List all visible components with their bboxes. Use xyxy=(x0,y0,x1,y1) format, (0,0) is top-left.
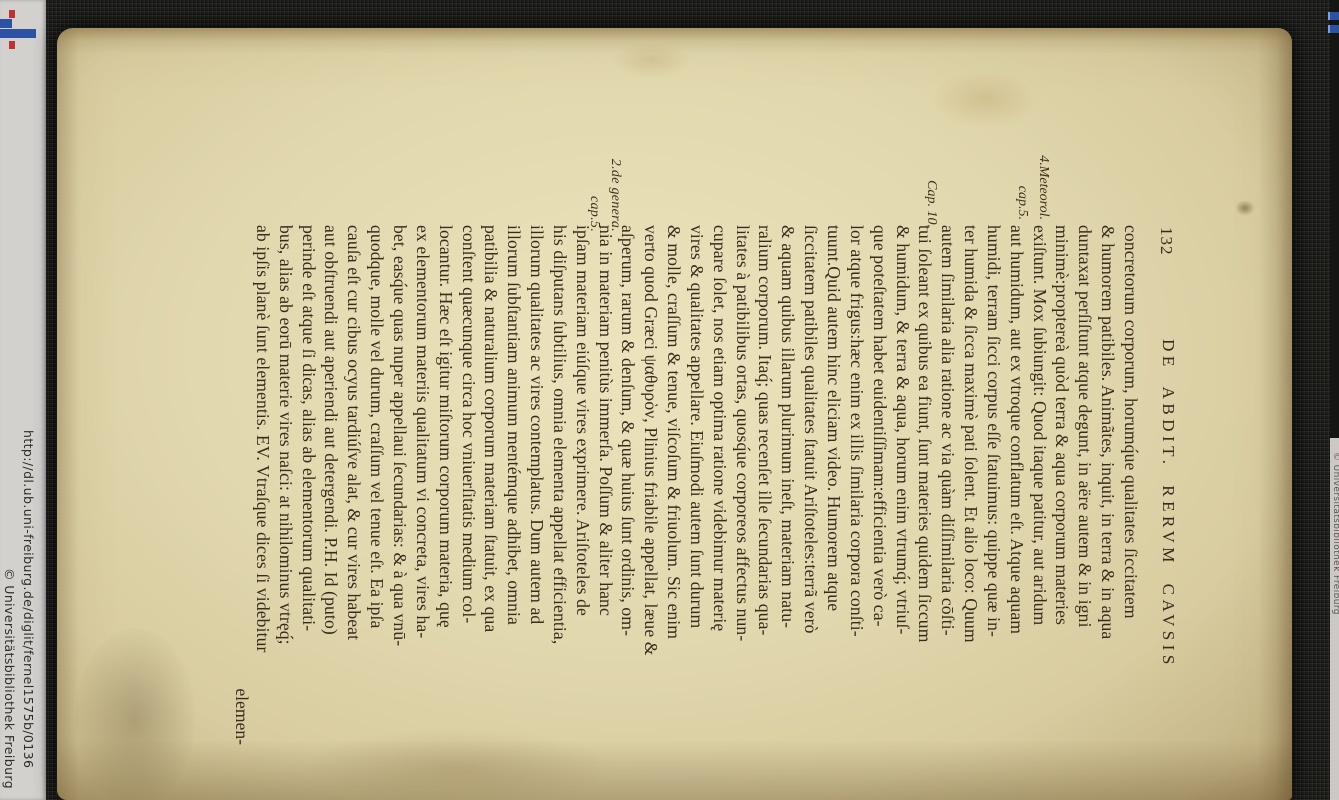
body-text-line: ter humida & ſicca maximè pati ſolent. E… xyxy=(959,225,982,783)
body-text-line: que poteſtatem habet euidentiſſimam:effi… xyxy=(868,225,891,783)
page-number: 132 xyxy=(1156,227,1176,256)
body-text-line: lor atque frigus:hæc enim ex illis ſimil… xyxy=(845,225,868,783)
body-text-line: aut humidum, aut ex vtroque conflatum eſ… xyxy=(1005,225,1028,783)
body-text-line: bus, alias ab eorū materie vires naſci: … xyxy=(274,225,297,783)
body-text-line: ralium corporum. Itaq́; quas recenſet il… xyxy=(754,225,777,783)
body-text-line: tui ſoleant ex quibus ea fiunt, ſunt mat… xyxy=(914,225,937,783)
body-text-line: quodque, molle vel durum, craſſum vel te… xyxy=(365,225,388,783)
margin-note-degenera: 2.de genera.cap.5. xyxy=(584,28,626,232)
registration-mark-red-icon xyxy=(9,10,15,18)
body-text-line: locantur. Hæc eſt igitur miſtorum corpor… xyxy=(434,225,457,783)
registration-mark-red-icon xyxy=(9,41,15,49)
body-text-line: ſiccitatem patibiles qualitates ſtatuit … xyxy=(799,225,822,783)
body-text-line: ab ipſis planè ſunt elementis. EV. Vtraſ… xyxy=(251,225,274,783)
clipped-copyright-label: © Universitätsbibliothek Freiburg xyxy=(1331,452,1339,615)
body-text-line: & humidum, & terra & aqua, horum enim vt… xyxy=(891,225,914,783)
body-text-line: exiſtunt. Mox ſubiungit: Quod itaque pat… xyxy=(1028,225,1051,783)
margin-note-line: cap.5. xyxy=(1012,28,1033,220)
body-text-line: concretorum corporum, horumq́ue qualitat… xyxy=(1119,225,1142,783)
catchword: elemen- xyxy=(231,225,252,745)
body-text-line: litates à patibilibus ortas, quosq́ue co… xyxy=(731,225,754,783)
body-text-line: bet, easq́ue quas nuper appellaui ſecund… xyxy=(388,225,411,783)
running-title: DE ABDIT. RERVM CAVSIS xyxy=(1158,225,1178,783)
registration-mark-blue-icon xyxy=(1328,25,1339,33)
copyright-label: © Universitätsbibliothek Freiburg xyxy=(2,568,17,789)
body-text-line: verto quod Græci ψαθυρὸν, Plinius friabi… xyxy=(639,225,662,783)
running-head: 132 DE ABDIT. RERVM CAVSIS xyxy=(1152,225,1178,783)
registration-mark-blue-icon xyxy=(0,29,36,38)
body-text-line: humidi, terram ſicci corpus eſſe ſtatuim… xyxy=(982,225,1005,783)
margin-note-line: Cap. 10. xyxy=(921,28,942,228)
body-text-line: & humorem patibiles. Animãtes, inquit, i… xyxy=(1096,225,1119,783)
margin-note-line: 2.de genera. xyxy=(605,28,626,232)
body-text-line: vires & qualitates appellare. Eiuſmodi a… xyxy=(685,225,708,783)
registration-mark-blue-icon xyxy=(0,19,12,28)
body-text-line: perinde eſt atque ſi dicas, alias ab ele… xyxy=(297,225,320,783)
body-text-line: & molle, craſſum & tenue, viſcoſum & fri… xyxy=(662,225,685,783)
body-text-line: cauſa eſt cur cibus ocyus tardiúſve alat… xyxy=(342,225,365,783)
persistent-url-label: http://dl.ub.uni-freiburg.de/diglit/fern… xyxy=(21,430,36,768)
body-text-line: aſperum, rarum & denſum, & quæ huius ſun… xyxy=(617,225,640,783)
margin-note-line: 4.Meteorol. xyxy=(1033,28,1054,220)
body-text-line: patibilia & naturalium corporum materiam… xyxy=(480,225,503,783)
body-text-line: nia in materiam penitùs immerſa. Poſſum … xyxy=(594,225,617,783)
registration-mark-blue-icon xyxy=(1328,12,1339,20)
body-text-line: aut obſtruendi aut aperiendi aut deterge… xyxy=(320,225,343,783)
body-text-line: tuunt.Quid autem hinc eliciam video. Hum… xyxy=(822,225,845,783)
body-text-line: cupare ſolet, nos etiam optima ratione v… xyxy=(708,225,731,783)
body-text-line: illorum qualitates ac vires contemplatus… xyxy=(525,225,548,783)
margin-note-cap10: Cap. 10. xyxy=(921,28,942,228)
right-edge-dark-strip xyxy=(1330,0,1339,438)
rotated-page-content: 132 DE ABDIT. RERVM CAVSIS 4.Meteorol.ca… xyxy=(57,28,1292,800)
margin-note-line: cap.5. xyxy=(584,28,605,232)
body-text-line: autem ſimilaria alia ratione ac via quàm… xyxy=(936,225,959,783)
body-text-line: his diſputans ſubtilius, omnia elementa … xyxy=(548,225,571,783)
body-text-line: minimè:proptereà quòd terra & aqua corpo… xyxy=(1051,225,1074,783)
body-text-line: ex elementorum materiis qualitatum vi co… xyxy=(411,225,434,783)
body-text-line: ipſam materiam eiúſque vires exprimere. … xyxy=(571,225,594,783)
scanned-book-page-viewer: http://dl.ub.uni-freiburg.de/diglit/fern… xyxy=(0,0,1339,800)
body-text-line: conſtent quæcunque circa hoc vniuerſitat… xyxy=(457,225,480,783)
body-text-block: concretorum corporum, horumq́ue qualitat… xyxy=(251,225,1142,783)
body-text-line: illorum ſubſtantiam animum mentémque adh… xyxy=(502,225,525,783)
margin-note-meteorol: 4.Meteorol.cap.5. xyxy=(1012,28,1054,226)
body-text-line: & aquam quibus illarum plurimum ineſt, m… xyxy=(777,225,800,783)
body-text-line: duntaxat perſiſtunt atque degunt, in aër… xyxy=(1073,225,1096,783)
